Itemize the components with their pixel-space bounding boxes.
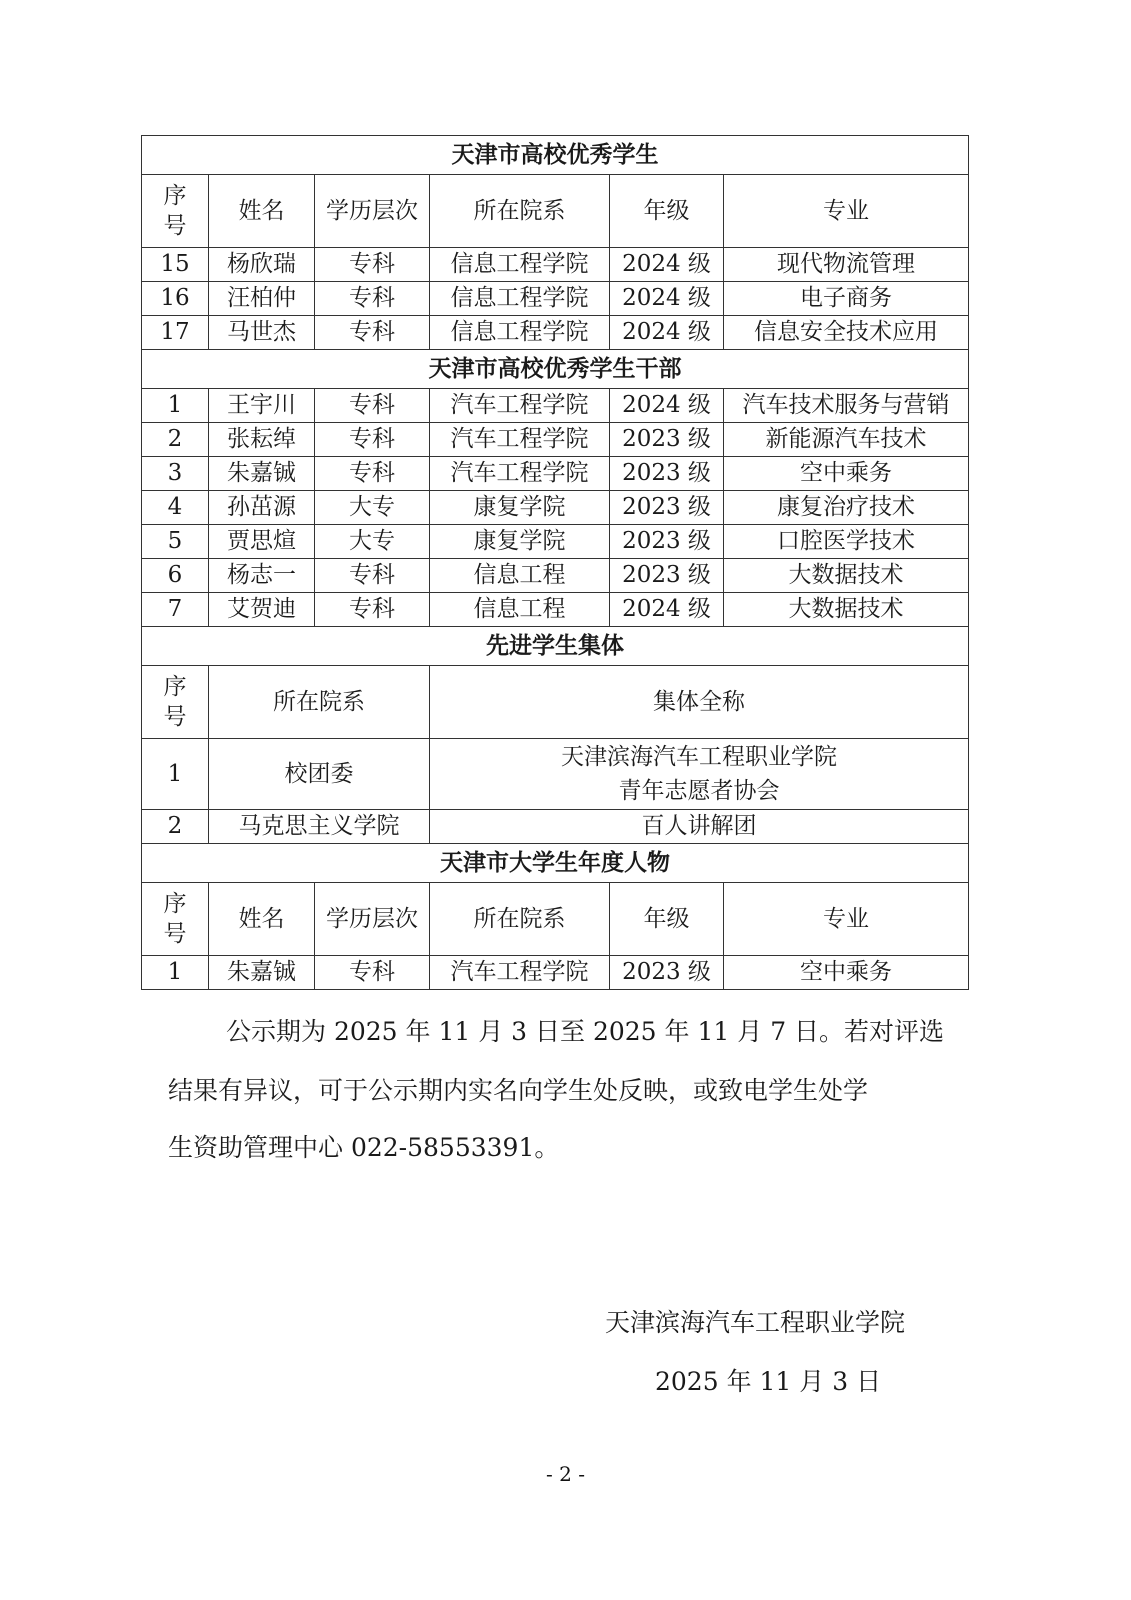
cell-major: 信息安全技术应用 <box>724 316 969 350</box>
table-row: 1 朱嘉铖 专科 汽车工程学院 2023 级 空中乘务 <box>142 956 969 990</box>
cell-department: 汽车工程学院 <box>430 423 610 457</box>
cell-major: 空中乘务 <box>724 956 969 990</box>
table-row: 1 校团委 天津滨海汽车工程职业学院 青年志愿者协会 <box>142 739 969 810</box>
cell-education: 专科 <box>315 316 430 350</box>
cell-name: 朱嘉铖 <box>209 956 315 990</box>
cell-education: 专科 <box>315 593 430 627</box>
table-row: 5 贾思煊 大专 康复学院 2023 级 口腔医学技术 <box>142 525 969 559</box>
cell-education: 专科 <box>315 559 430 593</box>
collective-name-line1: 天津滨海汽车工程职业学院 <box>430 740 968 774</box>
cell-seq: 3 <box>142 457 209 491</box>
cell-department: 康复学院 <box>430 525 610 559</box>
cell-name: 孙茁源 <box>209 491 315 525</box>
cell-grade: 2023 级 <box>610 457 724 491</box>
cell-grade: 2024 级 <box>610 316 724 350</box>
cell-education: 专科 <box>315 956 430 990</box>
cell-department: 信息工程 <box>430 593 610 627</box>
cell-grade: 2023 级 <box>610 491 724 525</box>
cell-seq: 7 <box>142 593 209 627</box>
table-row: 2 马克思主义学院 百人讲解团 <box>142 810 969 844</box>
cell-education: 专科 <box>315 282 430 316</box>
cell-education: 专科 <box>315 389 430 423</box>
cell-major: 电子商务 <box>724 282 969 316</box>
signature-org: 天津滨海汽车工程职业学院 <box>605 1303 905 1339</box>
cell-major: 新能源汽车技术 <box>724 423 969 457</box>
cell-major: 现代物流管理 <box>724 248 969 282</box>
page-number: - 2 - <box>0 1462 1131 1486</box>
cell-collective-name: 百人讲解团 <box>430 810 969 844</box>
cell-seq: 16 <box>142 282 209 316</box>
cell-major: 大数据技术 <box>724 593 969 627</box>
table-row: 6 杨志一 专科 信息工程 2023 级 大数据技术 <box>142 559 969 593</box>
cell-seq: 6 <box>142 559 209 593</box>
notice-line-1: 公示期为 2025 年 11 月 3 日至 2025 年 11 月 7 日。若对… <box>226 1012 956 1048</box>
header-department: 所在院系 <box>430 175 610 248</box>
cell-name: 汪柏仲 <box>209 282 315 316</box>
header-department: 所在院系 <box>430 883 610 956</box>
section-title-advanced-collectives: 先进学生集体 <box>142 627 969 666</box>
cell-seq: 1 <box>142 389 209 423</box>
header-name: 姓名 <box>209 175 315 248</box>
cell-seq: 1 <box>142 956 209 990</box>
cell-department: 汽车工程学院 <box>430 389 610 423</box>
header-seq: 序号 <box>142 666 209 739</box>
notice-line-2: 结果有异议，可于公示期内实名向学生处反映，或致电学生处学 <box>168 1071 948 1107</box>
table-row: 4 孙茁源 大专 康复学院 2023 级 康复治疗技术 <box>142 491 969 525</box>
section-title-annual-figures: 天津市大学生年度人物 <box>142 844 969 883</box>
cell-seq: 2 <box>142 810 209 844</box>
cell-education: 专科 <box>315 248 430 282</box>
cell-seq: 2 <box>142 423 209 457</box>
table-row: 15 杨欣瑞 专科 信息工程学院 2024 级 现代物流管理 <box>142 248 969 282</box>
section-title-excellent-cadres: 天津市高校优秀学生干部 <box>142 350 969 389</box>
header-name: 姓名 <box>209 883 315 956</box>
cell-department: 信息工程学院 <box>430 316 610 350</box>
table-header-row: 序号 姓名 学历层次 所在院系 年级 专业 <box>142 175 969 248</box>
cell-seq: 5 <box>142 525 209 559</box>
header-seq: 序号 <box>142 883 209 956</box>
cell-name: 王宇川 <box>209 389 315 423</box>
cell-collective-name: 天津滨海汽车工程职业学院 青年志愿者协会 <box>430 739 969 810</box>
table-row: 17 马世杰 专科 信息工程学院 2024 级 信息安全技术应用 <box>142 316 969 350</box>
cell-seq: 4 <box>142 491 209 525</box>
cell-major: 康复治疗技术 <box>724 491 969 525</box>
cell-grade: 2023 级 <box>610 525 724 559</box>
cell-grade: 2023 级 <box>610 956 724 990</box>
cell-name: 杨志一 <box>209 559 315 593</box>
notice-line-3: 生资助管理中心 022-58553391。 <box>168 1128 948 1164</box>
cell-major: 口腔医学技术 <box>724 525 969 559</box>
cell-grade: 2023 级 <box>610 559 724 593</box>
cell-major: 汽车技术服务与营销 <box>724 389 969 423</box>
cell-grade: 2023 级 <box>610 423 724 457</box>
cell-grade: 2024 级 <box>610 593 724 627</box>
cell-department: 信息工程学院 <box>430 282 610 316</box>
cell-name: 艾贺迪 <box>209 593 315 627</box>
table-row: 16 汪柏仲 专科 信息工程学院 2024 级 电子商务 <box>142 282 969 316</box>
cell-grade: 2024 级 <box>610 248 724 282</box>
cell-department: 校团委 <box>209 739 430 810</box>
table-row: 1 王宇川 专科 汽车工程学院 2024 级 汽车技术服务与营销 <box>142 389 969 423</box>
cell-seq: 17 <box>142 316 209 350</box>
header-grade: 年级 <box>610 883 724 956</box>
table-row: 2 张耘绰 专科 汽车工程学院 2023 级 新能源汽车技术 <box>142 423 969 457</box>
header-major: 专业 <box>724 175 969 248</box>
cell-education: 专科 <box>315 423 430 457</box>
collective-name-line2: 青年志愿者协会 <box>430 774 968 808</box>
cell-education: 大专 <box>315 525 430 559</box>
table-row: 3 朱嘉铖 专科 汽车工程学院 2023 级 空中乘务 <box>142 457 969 491</box>
cell-department: 信息工程学院 <box>430 248 610 282</box>
table-header-row: 序号 姓名 学历层次 所在院系 年级 专业 <box>142 883 969 956</box>
cell-name: 杨欣瑞 <box>209 248 315 282</box>
signature-date: 2025 年 11 月 3 日 <box>655 1362 881 1398</box>
cell-department: 汽车工程学院 <box>430 956 610 990</box>
cell-name: 贾思煊 <box>209 525 315 559</box>
header-grade: 年级 <box>610 175 724 248</box>
cell-department: 康复学院 <box>430 491 610 525</box>
cell-department: 马克思主义学院 <box>209 810 430 844</box>
header-education: 学历层次 <box>315 175 430 248</box>
awards-table: 天津市高校优秀学生 序号 姓名 学历层次 所在院系 年级 专业 15 杨欣瑞 专… <box>141 135 969 990</box>
cell-name: 张耘绰 <box>209 423 315 457</box>
cell-grade: 2024 级 <box>610 282 724 316</box>
cell-seq: 1 <box>142 739 209 810</box>
header-education: 学历层次 <box>315 883 430 956</box>
cell-major: 大数据技术 <box>724 559 969 593</box>
header-collective-name: 集体全称 <box>430 666 969 739</box>
cell-name: 朱嘉铖 <box>209 457 315 491</box>
table-header-row: 序号 所在院系 集体全称 <box>142 666 969 739</box>
header-department: 所在院系 <box>209 666 430 739</box>
cell-seq: 15 <box>142 248 209 282</box>
table-row: 7 艾贺迪 专科 信息工程 2024 级 大数据技术 <box>142 593 969 627</box>
cell-education: 大专 <box>315 491 430 525</box>
header-seq: 序号 <box>142 175 209 248</box>
cell-major: 空中乘务 <box>724 457 969 491</box>
section-title-excellent-students: 天津市高校优秀学生 <box>142 136 969 175</box>
header-major: 专业 <box>724 883 969 956</box>
cell-department: 汽车工程学院 <box>430 457 610 491</box>
cell-name: 马世杰 <box>209 316 315 350</box>
cell-grade: 2024 级 <box>610 389 724 423</box>
cell-education: 专科 <box>315 457 430 491</box>
cell-department: 信息工程 <box>430 559 610 593</box>
